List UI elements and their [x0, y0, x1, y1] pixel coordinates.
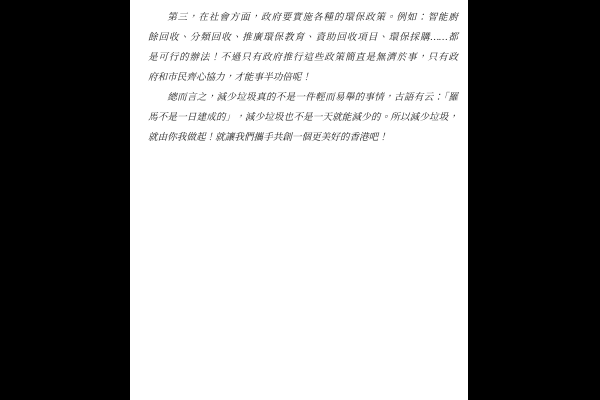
text-line: 總而言之，減少垃圾真的不是一件輕而易舉的事情，古語有云：「羅 — [148, 88, 458, 108]
document-page: 第三，在社會方面，政府要實施各種的環保政策。例如：智能廚 餘回收、分類回收、推廣… — [130, 0, 468, 400]
document-viewer: 第三，在社會方面，政府要實施各種的環保政策。例如：智能廚 餘回收、分類回收、推廣… — [0, 0, 600, 400]
text-line: 第三，在社會方面，政府要實施各種的環保政策。例如：智能廚 — [148, 8, 458, 28]
text-line: 府和市民齊心協力，才能事半功倍呢！ — [148, 68, 458, 88]
text-line: 是可行的辦法！不過只有政府推行這些政策簡直是無濟於事，只有政 — [148, 48, 458, 68]
text-line: 就由你我做起！就讓我們攜手共創一個更美好的香港吧！ — [148, 128, 458, 148]
text-line: 馬不是一日建成的」，減少垃圾也不是一天就能減少的。所以減少垃圾， — [148, 108, 458, 128]
text-line: 餘回收、分類回收、推廣環保教育、資助回收項目、環保採購……都 — [148, 28, 458, 48]
essay-text: 第三，在社會方面，政府要實施各種的環保政策。例如：智能廚 餘回收、分類回收、推廣… — [130, 0, 468, 148]
